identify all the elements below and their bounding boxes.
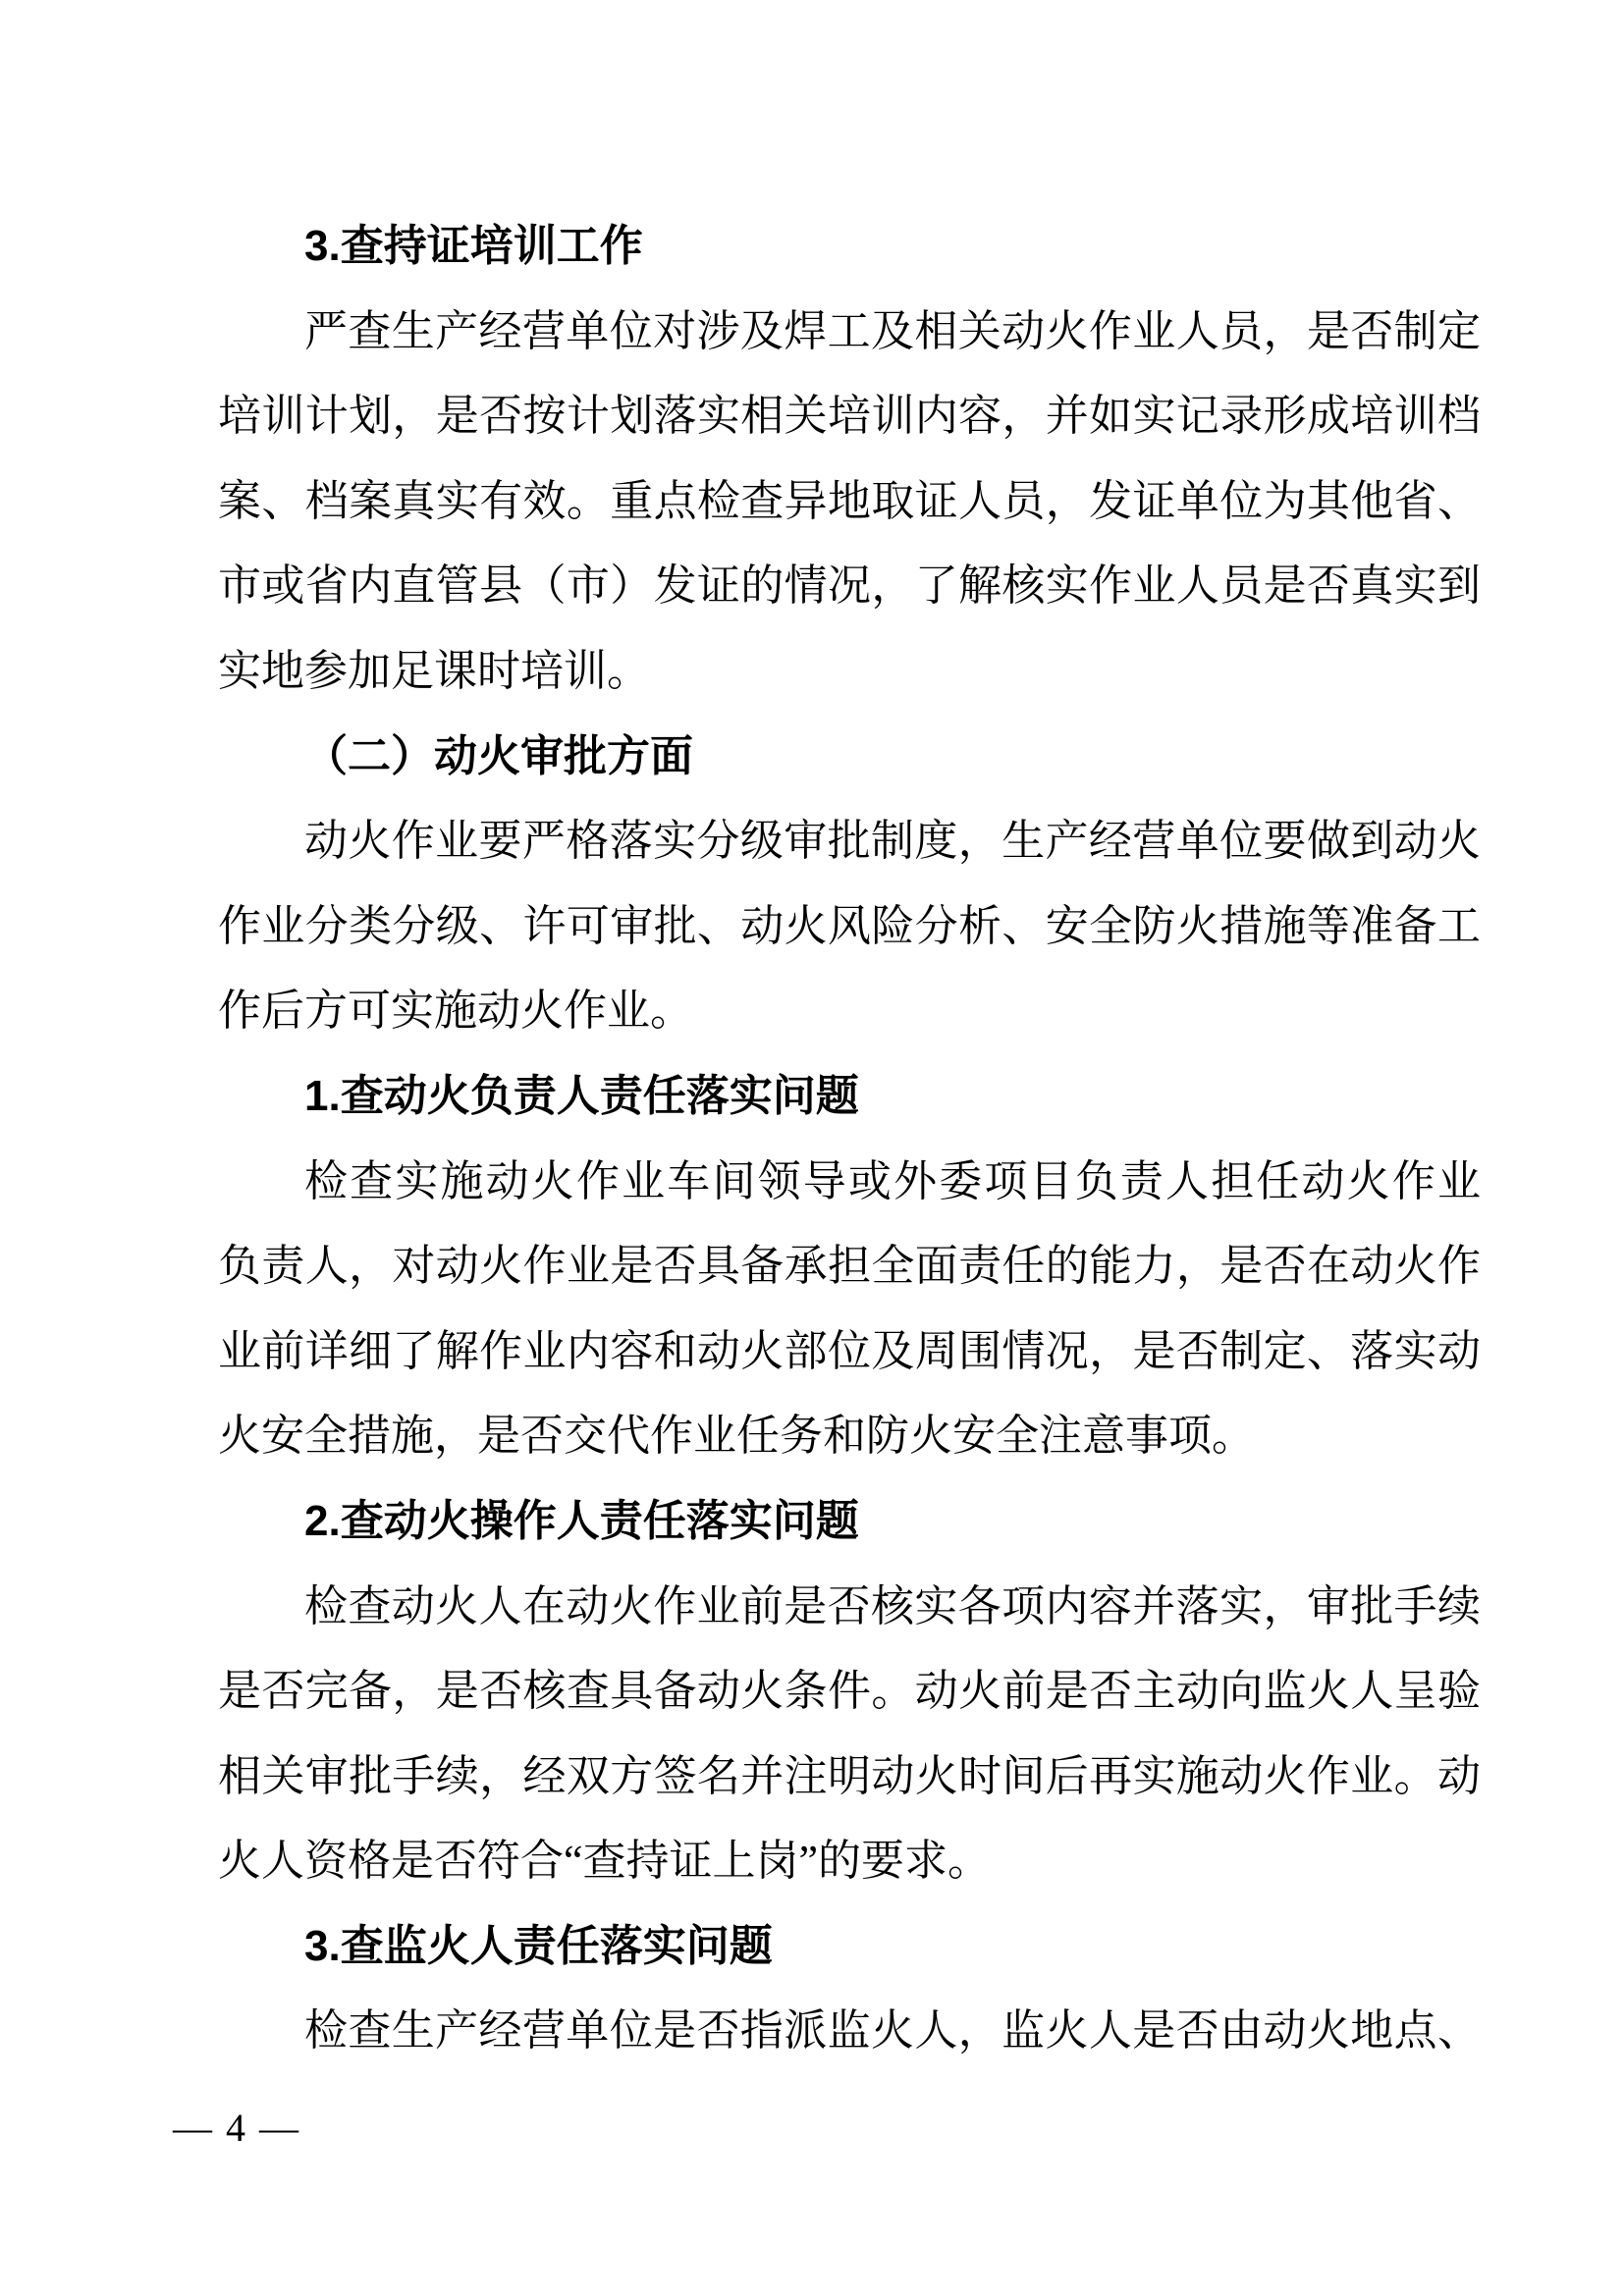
body-line: 市或省内直管县（市）发证的情况，了解核实作业人员是否真实到: [218, 544, 1481, 629]
page-number: — 4 —: [173, 2109, 300, 2148]
section-heading: （二）动火审批方面: [218, 715, 1481, 800]
section-heading: 1.查动火负责人责任落实问题: [218, 1054, 1481, 1140]
body-line: 检查实施动火作业车间领导或外委项目负责人担任动火作业: [218, 1140, 1481, 1225]
body-line: 业前详细了解作业内容和动火部位及周围情况，是否制定、落实动: [218, 1309, 1481, 1395]
body-line: 作后方可实施动火作业。: [218, 969, 1481, 1054]
body-line: 培训计划，是否按计划落实相关培训内容，并如实记录形成培训档: [218, 374, 1481, 459]
body-line: 实地参加足课时培训。: [218, 629, 1481, 715]
body-line: 严查生产经营单位对涉及焊工及相关动火作业人员，是否制定: [218, 290, 1481, 375]
body-line: 相关审批手续，经双方签名并注明动火时间后再实施动火作业。动: [218, 1735, 1481, 1820]
body-line: 负责人，对动火作业是否具备承担全面责任的能力，是否在动火作: [218, 1224, 1481, 1309]
body-line: 检查动火人在动火作业前是否核实各项内容并落实，审批手续: [218, 1565, 1481, 1650]
document-page: 3.查持证培训工作严查生产经营单位对涉及焊工及相关动火作业人员，是否制定培训计划…: [0, 0, 1624, 2296]
body-line: 案、档案真实有效。重点检查异地取证人员，发证单位为其他省、: [218, 459, 1481, 545]
body-line: 是否完备，是否核查具备动火条件。动火前是否主动向监火人呈验: [218, 1649, 1481, 1735]
document-body: 3.查持证培训工作严查生产经营单位对涉及焊工及相关动火作业人员，是否制定培训计划…: [218, 204, 1481, 2074]
section-heading: 2.查动火操作人责任落实问题: [218, 1479, 1481, 1565]
section-heading: 3.查持证培训工作: [218, 204, 1481, 290]
body-line: 作业分类分级、许可审批、动火风险分析、安全防火措施等准备工: [218, 884, 1481, 970]
body-line: 检查生产经营单位是否指派监火人，监火人是否由动火地点、: [218, 1989, 1481, 2074]
section-heading: 3.查监火人责任落实问题: [218, 1904, 1481, 1990]
body-line: 火人资格是否符合“查持证上岗”的要求。: [218, 1819, 1481, 1904]
body-line: 动火作业要严格落实分级审批制度，生产经营单位要做到动火: [218, 799, 1481, 884]
body-line: 火安全措施，是否交代作业任务和防火安全注意事项。: [218, 1394, 1481, 1479]
